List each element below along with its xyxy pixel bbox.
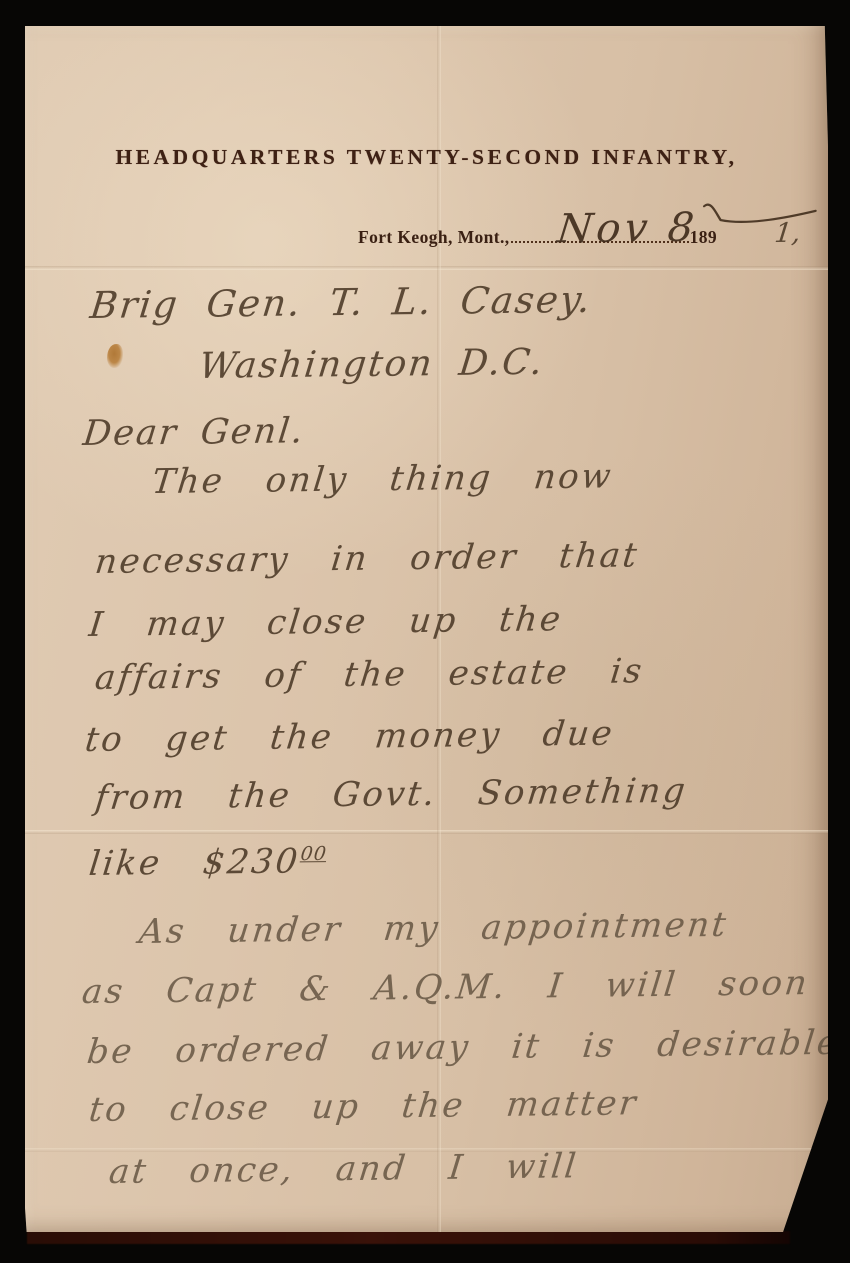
handwritten-line: to close up the matter xyxy=(87,1083,640,1130)
recipient-city-line: Washington D.C. xyxy=(197,342,546,387)
handwritten-line: to get the money due xyxy=(83,714,617,760)
handwritten-line: from the Govt. Something xyxy=(93,771,689,818)
handwritten-line: I may close up the xyxy=(87,599,565,645)
recipient-name-line: Brig Gen. T. L. Casey. xyxy=(88,278,594,327)
scanned-letter-background: HEADQUARTERS TWENTY-SECOND INFANTRY, For… xyxy=(0,0,850,1263)
letterhead-place: Fort Keogh, Mont., xyxy=(358,227,510,247)
handwritten-line: be ordered away it is desirable xyxy=(85,1023,842,1072)
letterhead-title: HEADQUARTERS TWENTY-SECOND INFANTRY, xyxy=(25,145,828,170)
horizontal-fold-crease-top xyxy=(25,266,828,270)
handwritten-date-text: Nov 8 xyxy=(555,205,700,253)
handwritten-line: as Capt & A.Q.M. I will soon xyxy=(80,963,811,1012)
handwritten-line: As under my appointment xyxy=(137,905,730,952)
salutation-line: Dear Genl. xyxy=(81,411,307,454)
handwritten-line: The only thing now xyxy=(150,456,615,502)
handwritten-line: affairs of the estate is xyxy=(93,651,646,698)
handwritten-line: necessary in order that xyxy=(93,535,641,582)
handwritten-amount-line: like $23000 xyxy=(87,841,328,884)
letter-page: HEADQUARTERS TWENTY-SECOND INFANTRY, For… xyxy=(25,26,828,1232)
handwritten-line: at once, and I will xyxy=(107,1146,580,1192)
amount-cents-superscript: 00 xyxy=(299,843,328,865)
ink-stain xyxy=(107,344,123,368)
amount-text: like $230 xyxy=(87,841,302,884)
handwritten-year-digit: 1, xyxy=(773,218,802,249)
horizontal-fold-crease-middle xyxy=(25,830,828,834)
paper-bottom-edge-shadow xyxy=(27,1231,790,1244)
pen-flourish-icon xyxy=(697,189,822,236)
